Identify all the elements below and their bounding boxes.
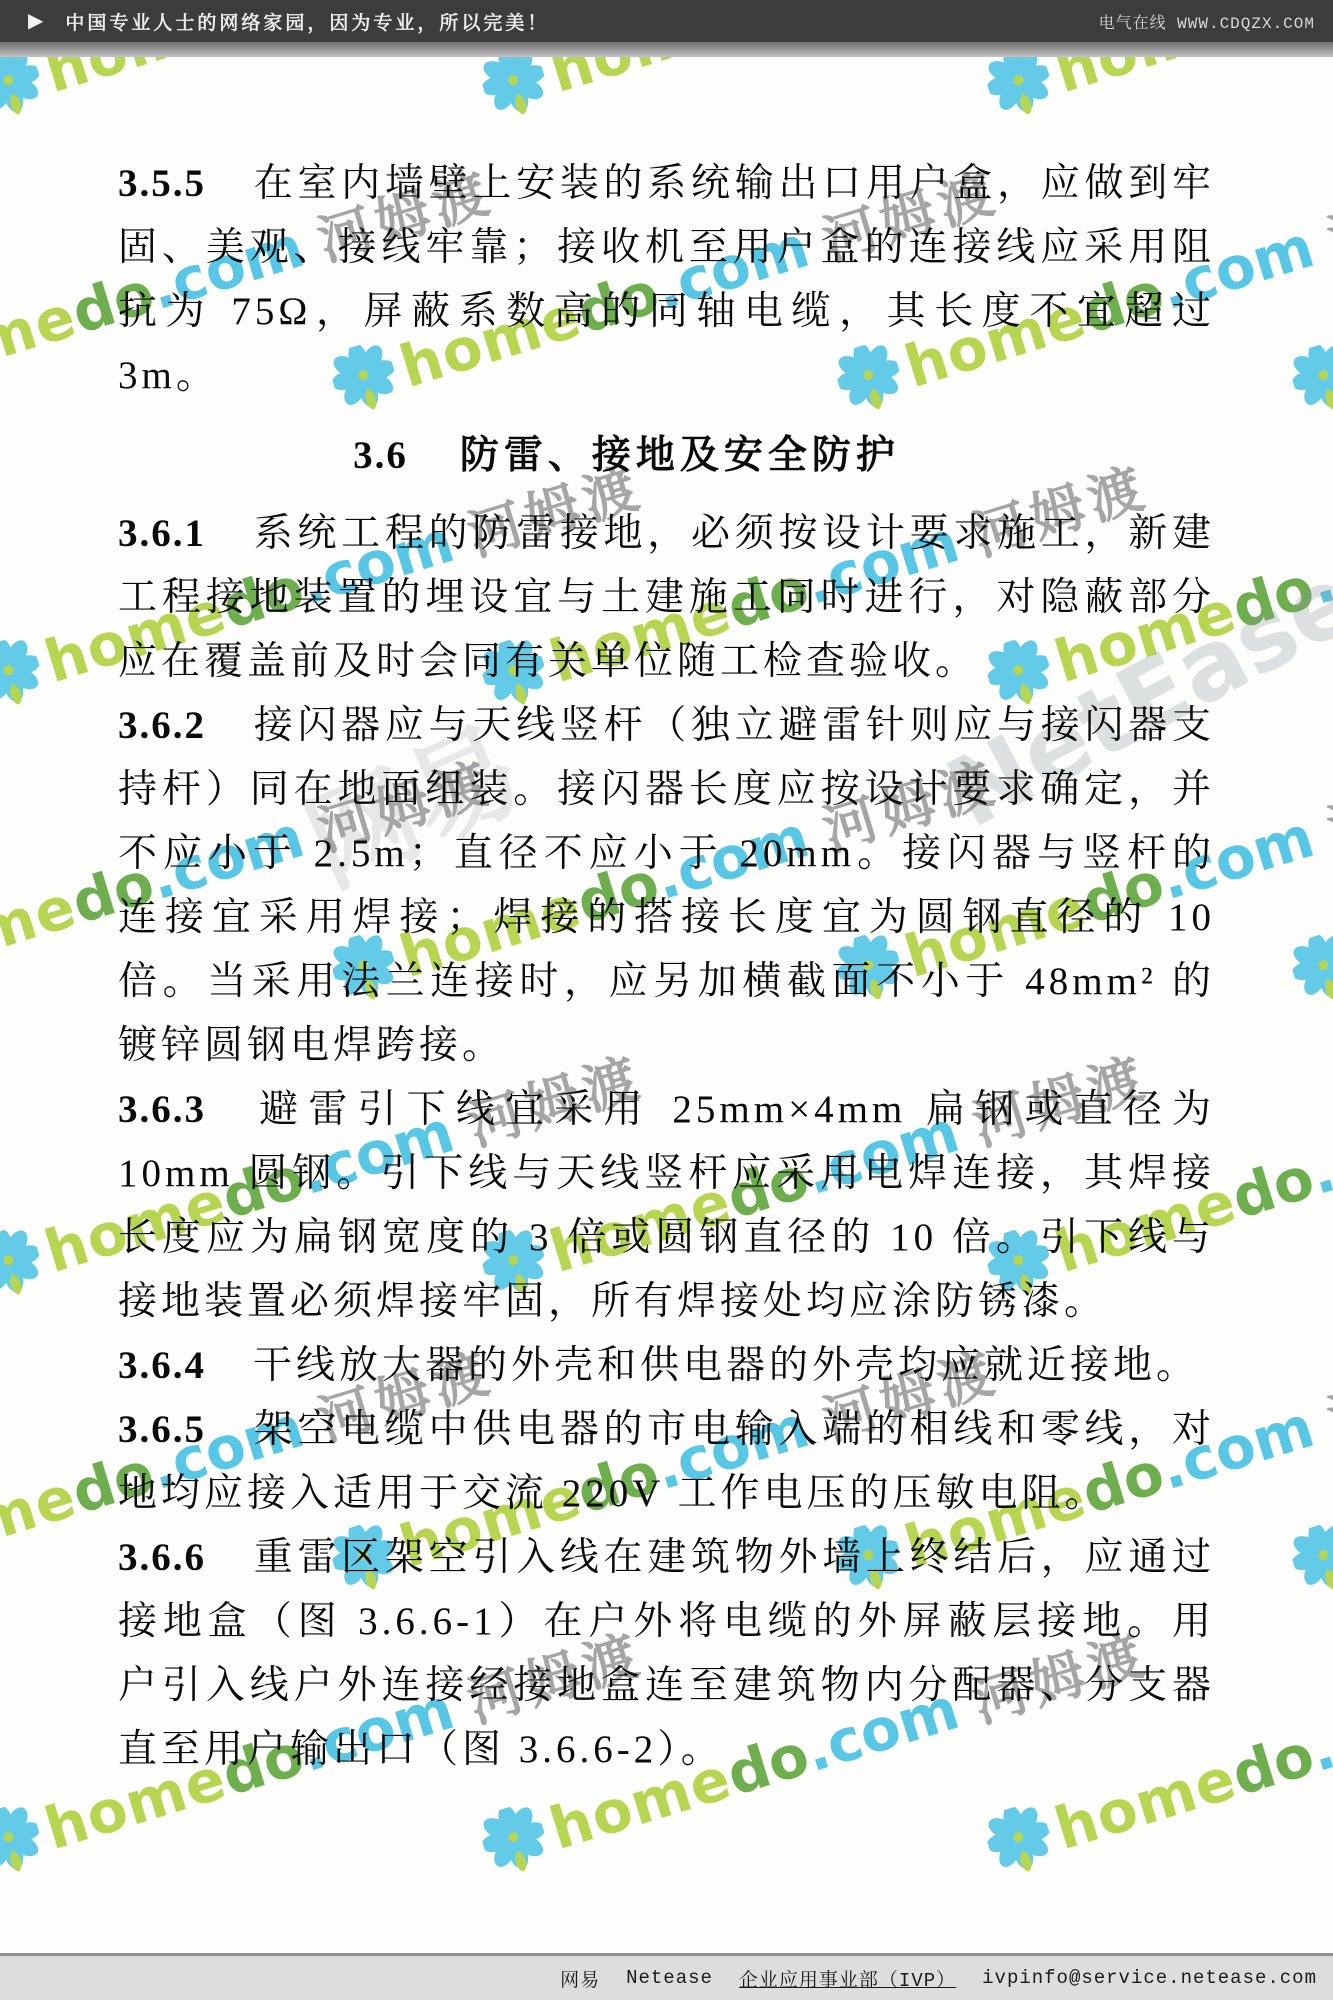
heading-number: 3.6 [353, 434, 408, 477]
heading-title: 防雷、接地及安全防护 [460, 434, 900, 477]
clause-number: 3.6.2 [118, 704, 206, 747]
footer-site-en: Netease [626, 1967, 713, 1989]
clause-number: 3.6.4 [118, 1344, 206, 1387]
scanned-document-page: ▶ 中国专业人士的网络家园，因为专业，所以完美！ 电气在线 WWW.CDQZX.… [0, 0, 1333, 2000]
watermark-tile: homedo.com河姆渡 [1284, 1330, 1333, 1606]
play-triangle-icon: ▶ [28, 11, 43, 31]
clause-number: 3.5.5 [118, 162, 206, 205]
clause-number: 3.6.6 [118, 1536, 206, 1579]
homedo-flower-icon [1285, 337, 1333, 422]
homedo-flower-icon [0, 1222, 50, 1307]
clause-paragraph: 3.5.5 在室内墙壁上安装的系统输出口用户盒，应做到牢固、美观、接线牢靠；接收… [118, 152, 1215, 408]
clause-paragraph: 3.6.3 避雷引下线宜采用 25mm×4mm 扁钢或直径为 10mm 圆钢。引… [118, 1078, 1215, 1334]
header-site-link: 电气在线 WWW.CDQZX.COM [1099, 10, 1315, 33]
homedo-flower-icon [1285, 1517, 1333, 1602]
watermark-tile: homedo.com河姆渡 [1284, 150, 1333, 426]
watermark-brand-text: home [0, 1461, 84, 1580]
section-heading: 3.6防雷、接地及安全防护 [118, 424, 1135, 488]
watermark-brand-text: home [0, 281, 84, 400]
header-bar: ▶ 中国专业人士的网络家园，因为专业，所以完美！ 电气在线 WWW.CDQZX.… [0, 0, 1333, 42]
homedo-flower-icon [0, 1799, 50, 1884]
watermark-brand-text: home [0, 871, 84, 990]
document-body: 3.5.5 在室内墙壁上安装的系统输出口用户盒，应做到牢固、美观、接线牢靠；接收… [118, 152, 1215, 1782]
clause-paragraph: 3.6.6 重雷区架空引入线在建筑物外墙上终结后，应通过接地盒（图 3.6.6-… [118, 1526, 1215, 1782]
footer-site-cn: 网易 [560, 1965, 600, 1992]
clause-number: 3.6.5 [118, 1408, 206, 1451]
homedo-flower-icon [1285, 927, 1333, 1012]
clause-number: 3.6.1 [118, 512, 206, 555]
watermark-cn-text: 河姆渡 [1317, 150, 1333, 276]
homedo-flower-icon [980, 1799, 1060, 1884]
clause-paragraph: 3.6.4 干线放大器的外壳和供电器的外壳均应就近接地。 [118, 1334, 1215, 1398]
watermark-cn-text: 河姆渡 [1317, 1330, 1333, 1456]
clause-paragraph: 3.6.5 架空电缆中供电器的市电输入端的相线和零线，对地均应接入适用于交流 2… [118, 1398, 1215, 1526]
footer-email: ivpinfo@service.netease.com [982, 1967, 1317, 1989]
homedo-flower-icon [0, 632, 50, 717]
clause-number: 3.6.3 [118, 1088, 206, 1131]
homedo-flower-icon [475, 1799, 555, 1884]
watermark-cn-text: 河姆渡 [1317, 740, 1333, 866]
footer-bar: 网易 Netease 企业应用事业部（IVP） ivpinfo@service.… [0, 1956, 1333, 2000]
footer-department: 企业应用事业部（IVP） [739, 1965, 956, 1992]
watermark-tile: homedo.com河姆渡 [1284, 740, 1333, 1016]
clause-paragraph: 3.6.2 接闪器应与天线竖杆（独立避雷针则应与接闪器支持杆）同在地面组装。接闪… [118, 694, 1215, 1078]
header-slogan: 中国专业人士的网络家园，因为专业，所以完美！ [65, 8, 549, 35]
clause-paragraph: 3.6.1 系统工程的防雷接地，必须按设计要求施工，新建工程接地装置的埋设宜与土… [118, 502, 1215, 694]
header-shadow-strip [0, 42, 1333, 57]
